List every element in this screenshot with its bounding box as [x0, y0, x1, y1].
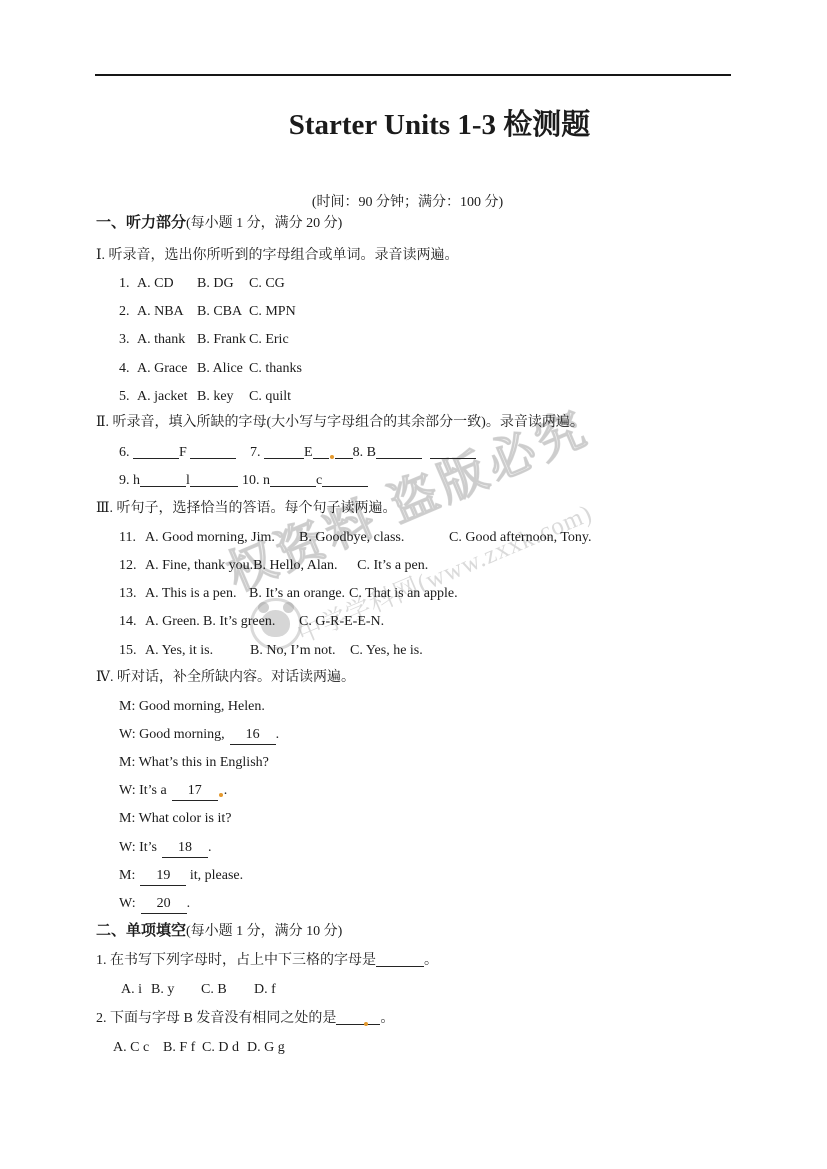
dialog-text: M: What’s this in English? — [119, 755, 269, 770]
option-a: A. This is a pen. — [145, 584, 249, 604]
question-number: 8. — [353, 445, 364, 460]
dialog-line: M: Good morning, Helen. — [119, 697, 265, 717]
section-listening-heading: 一、听力部分(每小题 1 分，满分 20 分) — [96, 213, 342, 233]
question-item-10: 10. nc — [242, 473, 368, 488]
option-b: B. DG — [197, 274, 249, 294]
dialog-line: W: It’s a17. — [119, 781, 227, 801]
option-c: C. Yes, he is. — [350, 643, 423, 658]
question-tail: 。 — [380, 1011, 394, 1026]
given-letter: n — [263, 473, 270, 488]
question-number: 10. — [242, 473, 260, 488]
dialog-text: M: What color is it? — [119, 811, 232, 826]
option-b: B. It’s an orange. — [249, 584, 349, 604]
question-row-13: 13.A. This is a pen.B. It’s an orange.C.… — [119, 584, 458, 604]
option-a: A. i — [121, 980, 151, 1000]
dialog-text: M: Good morning, Helen. — [119, 699, 265, 714]
question-number: 7. — [250, 445, 261, 460]
option-c: C. quilt — [249, 389, 291, 404]
option-b: B. key — [197, 387, 249, 407]
question-number: 9. — [119, 473, 130, 488]
question-number: 3. — [119, 330, 137, 350]
numbered-blank: 18 — [162, 838, 208, 858]
option-d: D. G g — [247, 1040, 285, 1055]
question-item-8: 8. B — [353, 445, 476, 460]
question-number: 4. — [119, 359, 137, 379]
fill-blank — [270, 474, 316, 487]
fill-blank — [313, 446, 329, 459]
option-b: B. y — [151, 980, 201, 1000]
exam-meta-line: (时间：90 分钟；满分：100 分) — [0, 191, 821, 211]
option-c: C. It’s a pen. — [357, 558, 428, 573]
fill-blank — [190, 446, 236, 459]
option-c: C. That is an apple. — [349, 586, 458, 601]
given-letter: F — [179, 445, 187, 460]
dialog-text: W: It’s — [119, 840, 157, 855]
dialog-text: it, please. — [186, 868, 243, 883]
part4-instruction: Ⅳ. 听对话，补全所缺内容。对话读两遍。 — [96, 668, 355, 688]
question-row-3: 3.A. thankB. FrankC. Eric — [119, 330, 289, 350]
written-q1-options: A. iB. yC. BD. f — [121, 980, 276, 1000]
question-number: 5. — [119, 387, 137, 407]
question-item-6: 6. F — [119, 443, 250, 463]
fill-blank — [430, 446, 476, 459]
option-c: C. Good afternoon, Tony. — [449, 530, 592, 545]
fill-blank — [140, 474, 186, 487]
question-number: 14. — [119, 612, 145, 632]
question-number: 6. — [119, 445, 130, 460]
question-stem: 1. 在书写下列字母时，占上中下三格的字母是 — [96, 953, 376, 968]
option-b: B. Alice — [197, 359, 249, 379]
option-c: C. Eric — [249, 332, 289, 347]
option-c: C. D d — [202, 1038, 247, 1058]
question-number: 12. — [119, 556, 145, 576]
fill-blank — [376, 446, 422, 459]
option-b: B. CBA — [197, 302, 249, 322]
fill-blank — [335, 446, 353, 459]
part3-instruction: Ⅲ. 听句子，选择恰当的答语。每个句子读两遍。 — [96, 499, 397, 519]
fill-blank — [376, 954, 424, 967]
section-heading-note: (每小题 1 分，满分 10 分) — [186, 924, 342, 939]
question-row-11: 11.A. Good morning, Jim.B. Goodbye, clas… — [119, 528, 592, 548]
option-a: A. Yes, it is. — [145, 641, 250, 661]
option-c: C. CG — [249, 276, 285, 291]
dialog-line: W:20. — [119, 894, 190, 914]
option-c: C. MPN — [249, 304, 296, 319]
option-a: A. NBA — [137, 302, 197, 322]
question-number: 15. — [119, 641, 145, 661]
test-paper-page: 权资料 盗版必究 中学学科网(www.zxxk.com) Starter Uni… — [0, 0, 827, 1169]
part2-instruction: Ⅱ. 听录音，填入所缺的字母(大小写与字母组合的其余部分一致)。录音读两遍。 — [96, 413, 584, 433]
option-a: A. Good morning, Jim. — [145, 528, 299, 548]
question-stem: 2. 下面与字母 B 发音没有相同之处的是 — [96, 1011, 336, 1026]
dialog-line: M: What’s this in English? — [119, 753, 269, 773]
question-row-12: 12.A. Fine, thank you.B. Hello, Alan.C. … — [119, 556, 428, 576]
header-rule — [95, 74, 731, 76]
written-q2-options: A. C cB. F fC. D dD. G g — [113, 1038, 285, 1058]
question-item-9: 9. hl — [119, 471, 242, 491]
option-a: A. jacket — [137, 387, 197, 407]
option-b: B. Hello, Alan. — [253, 556, 357, 576]
numbered-blank: 19 — [140, 866, 186, 886]
fill-blank — [190, 474, 238, 487]
option-b: B. F f — [163, 1038, 202, 1058]
written-question-1: 1. 在书写下列字母时，占上中下三格的字母是。 — [96, 951, 438, 971]
question-row-2: 2.A. NBAB. CBAC. MPN — [119, 302, 296, 322]
dialog-text: W: It’s a — [119, 783, 167, 798]
given-letter: h — [133, 473, 140, 488]
letters-row-2: 9. hl10. nc — [119, 471, 368, 491]
question-number: 2. — [119, 302, 137, 322]
question-item-7: 7. E — [250, 443, 353, 463]
given-letter: B — [367, 445, 376, 460]
part1-instruction: Ⅰ. 听录音，选出你所听到的字母组合或单词。录音读两遍。 — [96, 246, 459, 266]
fill-blank — [264, 446, 304, 459]
question-number: 11. — [119, 528, 145, 548]
dialog-text: W: Good morning, — [119, 727, 225, 742]
option-a: A. C c — [113, 1038, 163, 1058]
letters-row-1: 6. F7. E8. B — [119, 443, 476, 463]
question-row-4: 4.A. GraceB. AliceC. thanks — [119, 359, 302, 379]
section-written-heading: 二、单项填空(每小题 1 分，满分 10 分) — [96, 921, 342, 941]
option-b: B. It’s green. — [203, 612, 299, 632]
dialog-text: M: — [119, 868, 135, 883]
question-row-5: 5.A. jacketB. keyC. quilt — [119, 387, 291, 407]
numbered-blank: 17 — [172, 781, 218, 801]
numbered-blank: 16 — [230, 725, 276, 745]
fill-blank — [336, 1012, 380, 1025]
fill-blank — [133, 446, 179, 459]
option-c: C. thanks — [249, 361, 302, 376]
section-heading-note: (每小题 1 分，满分 20 分) — [186, 216, 342, 231]
numbered-blank: 20 — [141, 894, 187, 914]
option-b: B. Goodbye, class. — [299, 528, 449, 548]
dialog-text: . — [224, 783, 228, 798]
option-a: A. Fine, thank you. — [145, 556, 253, 576]
dialog-line: M: What color is it? — [119, 809, 232, 829]
page-title: Starter Units 1-3 检测题 — [26, 102, 827, 143]
question-number: 1. — [119, 274, 137, 294]
question-row-15: 15.A. Yes, it is.B. No, I’m not.C. Yes, … — [119, 641, 423, 661]
section-heading-label: 二、单项填空 — [96, 923, 186, 939]
stray-mark — [219, 793, 223, 797]
dialog-text: . — [187, 896, 191, 911]
question-number: 13. — [119, 584, 145, 604]
fill-blank — [322, 474, 368, 487]
dialog-text: . — [208, 840, 212, 855]
question-tail: 。 — [424, 953, 438, 968]
option-a: A. CD — [137, 274, 197, 294]
dialog-text: . — [276, 727, 280, 742]
written-question-2: 2. 下面与字母 B 发音没有相同之处的是。 — [96, 1009, 394, 1029]
option-a: A. Grace — [137, 359, 197, 379]
stray-mark — [330, 455, 334, 459]
option-c: C. B — [201, 980, 254, 1000]
dialog-line: M:19 it, please. — [119, 866, 243, 886]
option-a: A. thank — [137, 330, 197, 350]
option-c: C. G-R-E-E-N. — [299, 614, 384, 629]
question-row-1: 1.A. CDB. DGC. CG — [119, 274, 285, 294]
given-letter: E — [304, 445, 313, 460]
option-b: B. Frank — [197, 330, 249, 350]
section-heading-label: 一、听力部分 — [96, 215, 186, 231]
option-a: A. Green. — [145, 612, 203, 632]
dialog-line: W: It’s18. — [119, 838, 211, 858]
dialog-line: W: Good morning,16. — [119, 725, 279, 745]
dialog-text: W: — [119, 896, 136, 911]
question-row-14: 14.A. Green.B. It’s green.C. G-R-E-E-N. — [119, 612, 384, 632]
option-d: D. f — [254, 982, 276, 997]
option-b: B. No, I’m not. — [250, 641, 350, 661]
stray-mark — [364, 1022, 368, 1026]
